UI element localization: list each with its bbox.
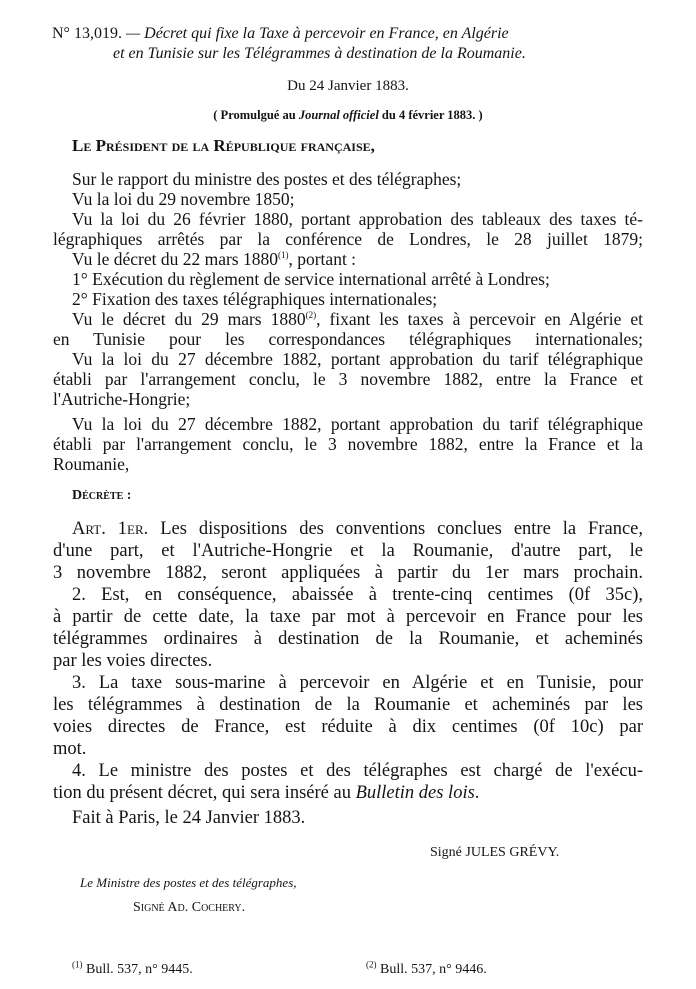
preamble-line: en Tunisie pour les correspondances télé… bbox=[53, 329, 643, 349]
preamble-text: Vu le décret du 29 mars 1880 bbox=[72, 309, 306, 329]
promulgation-note: ( Promulgué au Journal officiel du 4 fév… bbox=[0, 105, 696, 125]
article-1-label: Art. 1er. bbox=[72, 519, 148, 539]
decree-number: N° 13,019. bbox=[52, 25, 122, 42]
preamble-line: Roumanie, bbox=[53, 454, 129, 474]
preamble-text: , portant : bbox=[288, 249, 356, 269]
president-heading: Le Président de la République française, bbox=[72, 136, 375, 156]
footnote-ref-2[interactable]: (2) bbox=[306, 310, 317, 320]
footnote-mark: (1) bbox=[72, 959, 83, 969]
article-line: tion du présent décret, qui sera inséré … bbox=[53, 783, 479, 803]
preamble-line: établi par l'arrangement conclu, le 3 no… bbox=[53, 369, 643, 389]
preamble-line: établi par l'arrangement conclu, le 3 no… bbox=[53, 434, 643, 454]
article-line: à partir de cette date, la taxe par mot … bbox=[53, 607, 643, 627]
article-4-line: 4. Le ministre des postes et des télégra… bbox=[72, 761, 643, 781]
preamble-line: Vu la loi du 27 décembre 1882, portant a… bbox=[72, 414, 643, 434]
footnote-text: Bull. 537, n° 9445. bbox=[86, 962, 193, 977]
article-line: par les voies directes. bbox=[53, 651, 212, 671]
decree-title-line-1: N° 13,019. — Décret qui fixe la Taxe à p… bbox=[52, 24, 509, 44]
preamble-text: , fixant les taxes à percevoir en Algéri… bbox=[316, 309, 643, 329]
preamble-line: Vu la loi du 29 novembre 1850; bbox=[72, 189, 295, 209]
preamble-line: l'Autriche-Hongrie; bbox=[53, 389, 190, 409]
article-line: 3 novembre 1882, seront appliquées à par… bbox=[53, 563, 643, 583]
promulgation-suffix: du 4 février 1883. ) bbox=[379, 108, 483, 122]
article-line: voies directes de France, est réduite à … bbox=[53, 717, 643, 737]
preamble-line: Vu le décret du 22 mars 1880(1), portant… bbox=[72, 249, 356, 269]
footnote-1: (1) Bull. 537, n° 9445. bbox=[72, 960, 193, 980]
decree-title-line-2: et en Tunisie sur les Télégrammes à dest… bbox=[113, 44, 526, 64]
decrete-heading: Décrète : bbox=[72, 486, 131, 506]
article-line: Art. 1er. Les dispositions des conventio… bbox=[72, 519, 643, 539]
preamble-line: Vu le décret du 29 mars 1880(2), fixant … bbox=[72, 309, 643, 329]
preamble-text: Vu le décret du 22 mars 1880 bbox=[72, 249, 278, 269]
preamble-line: Sur le rapport du ministre des postes et… bbox=[72, 169, 461, 189]
article-2-line: 2. Est, en conséquence, abaissée à trent… bbox=[72, 585, 643, 605]
article-text: . bbox=[475, 783, 480, 803]
preamble-line: Vu la loi du 27 décembre 1882, portant a… bbox=[72, 349, 643, 369]
preamble-line: 2° Fixation des taxes télégraphiques int… bbox=[72, 289, 437, 309]
preamble-line: légraphiques arrêtés par la conférence d… bbox=[53, 229, 643, 249]
footnote-2: (2) Bull. 537, n° 9446. bbox=[366, 960, 487, 980]
decree-date: Du 24 Janvier 1883. bbox=[0, 76, 696, 96]
journal-officiel: Journal officiel bbox=[299, 108, 379, 122]
signature-minister: Signé Ad. Cochery. bbox=[133, 898, 245, 918]
footnote-mark: (2) bbox=[366, 959, 377, 969]
preamble-line: 1° Exécution du règlement de service int… bbox=[72, 269, 550, 289]
article-line: télégrammes ordinaires à destination de … bbox=[53, 629, 643, 649]
article-3-line: 3. La taxe sous-marine à percevoir en Al… bbox=[72, 673, 643, 693]
article-text: Les dispositions des conventions conclue… bbox=[148, 519, 643, 539]
fait-a-paris: Fait à Paris, le 24 Janvier 1883. bbox=[72, 808, 305, 828]
minister-title: Le Ministre des postes et des télégraphe… bbox=[80, 873, 297, 893]
preamble-line: Vu la loi du 26 février 1880, portant ap… bbox=[72, 209, 643, 229]
promulgation-prefix: ( Promulgué au bbox=[213, 108, 299, 122]
article-text: tion du présent décret, qui sera inséré … bbox=[53, 783, 356, 803]
decree-title-text-1: — Décret qui fixe la Taxe à percevoir en… bbox=[126, 25, 509, 42]
article-line: les télégrammes à destination de la Roum… bbox=[53, 695, 643, 715]
bulletin-des-lois: Bulletin des lois bbox=[356, 783, 475, 803]
signature-president: Signé JULES GRÉVY. bbox=[430, 843, 559, 863]
article-line: d'une part, et l'Autriche-Hongrie et la … bbox=[53, 541, 643, 561]
article-line: mot. bbox=[53, 739, 86, 759]
footnote-ref-1[interactable]: (1) bbox=[278, 250, 289, 260]
footnote-text: Bull. 537, n° 9446. bbox=[380, 962, 487, 977]
